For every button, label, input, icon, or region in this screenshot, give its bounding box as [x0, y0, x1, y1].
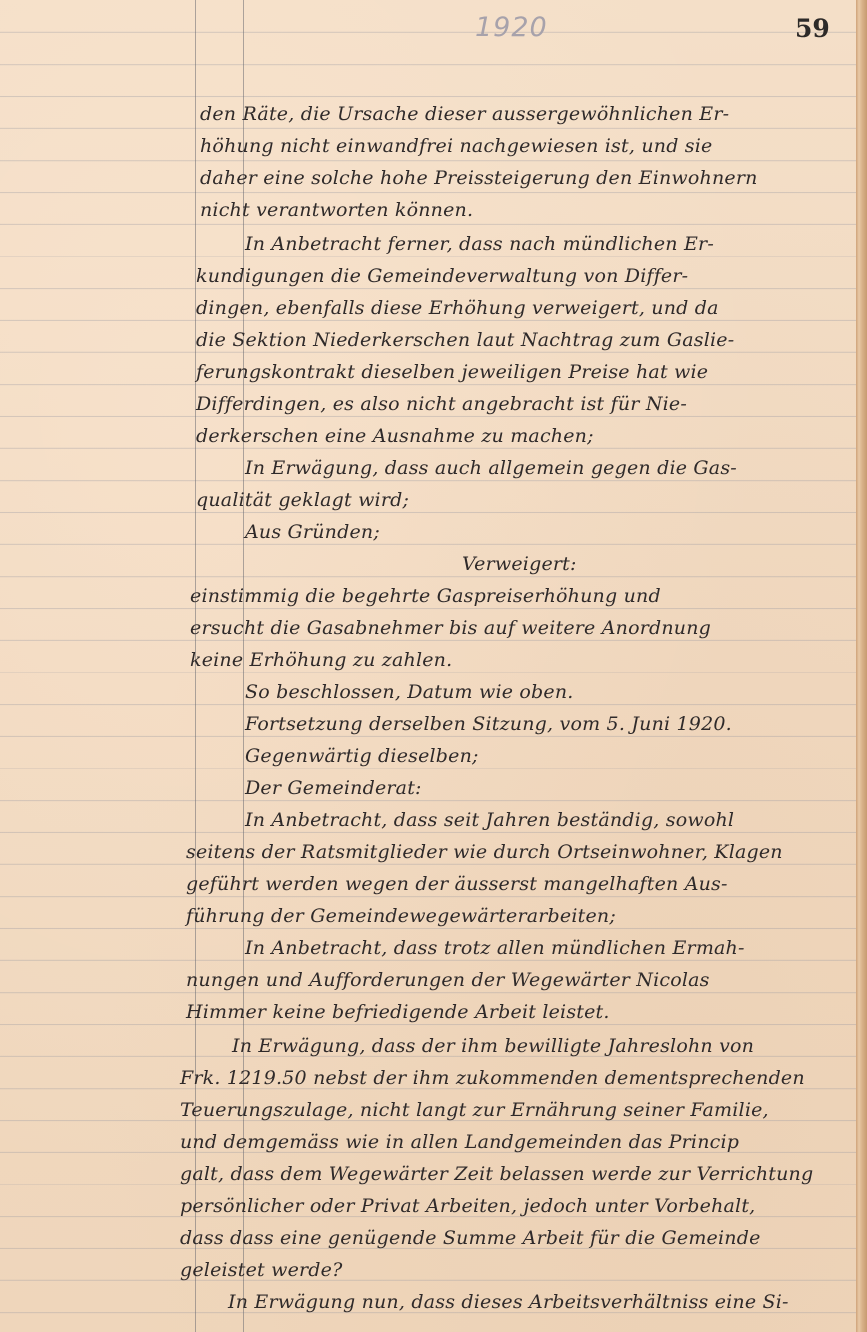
text-line: persönlicher oder Privat Arbeiten, jedoc… [180, 1194, 755, 1218]
text-line: derkerschen eine Ausnahme zu machen; [196, 424, 594, 448]
text-line: kundigungen die Gemeindeverwaltung von D… [196, 264, 688, 288]
text-line: In Erwägung, dass auch allgemein gegen d… [245, 456, 737, 480]
text-line: Differdingen, es also nicht angebracht i… [196, 392, 687, 416]
text-line: einstimmig die begehrte Gaspreiserhöhung… [190, 584, 661, 608]
text-line: höhung nicht einwandfrei nachgewiesen is… [200, 134, 712, 158]
text-line: ersucht die Gasabnehmer bis auf weitere … [190, 616, 711, 640]
text-line: Gegenwärtig dieselben; [245, 744, 479, 768]
text-line: seitens der Ratsmitglieder wie durch Ort… [186, 840, 783, 864]
text-line: Himmer keine befriedigende Arbeit leiste… [186, 1000, 610, 1024]
year-annotation: 1920 [475, 12, 548, 43]
text-line: dass dass eine genügende Summe Arbeit fü… [180, 1226, 761, 1250]
text-line: keine Erhöhung zu zahlen. [190, 648, 452, 672]
text-line: dingen, ebenfalls diese Erhöhung verweig… [196, 296, 719, 320]
text-line: nungen und Aufforderungen der Wegewärter… [186, 968, 710, 992]
text-line: ferungskontrakt dieselben jeweiligen Pre… [196, 360, 708, 384]
text-line: geleistet werde? [180, 1258, 343, 1282]
text-line: Der Gemeinderat: [245, 776, 422, 800]
text-line: In Anbetracht, dass seit Jahren beständi… [245, 808, 734, 832]
text-line: Fortsetzung derselben Sitzung, vom 5. Ju… [245, 712, 732, 736]
text-line: Verweigert: [462, 552, 577, 576]
text-line: In Erwägung nun, dass dieses Arbeitsverh… [228, 1290, 789, 1314]
text-line: Aus Gründen; [245, 520, 380, 544]
text-line: So beschlossen, Datum wie oben. [245, 680, 574, 704]
text-line: In Anbetracht, dass trotz allen mündlich… [245, 936, 745, 960]
text-line: und demgemäss wie in allen Landgemeinden… [180, 1130, 739, 1154]
text-line: In Anbetracht ferner, dass nach mündlich… [245, 232, 714, 256]
text-line: die Sektion Niederkerschen laut Nachtrag… [196, 328, 734, 352]
text-line: den Räte, die Ursache dieser aussergewöh… [200, 102, 729, 126]
text-line: Frk. 1219.50 nebst der ihm zukommenden d… [180, 1066, 805, 1090]
text-line: In Erwägung, dass der ihm bewilligte Jah… [232, 1034, 754, 1058]
text-line: führung der Gemeindewegewärterarbeiten; [186, 904, 616, 928]
text-line: nicht verantworten können. [200, 198, 473, 222]
ledger-page: 1920 59 den Räte, die Ursache dieser aus… [0, 0, 867, 1332]
page-number: 59 [795, 14, 830, 43]
text-line: qualität geklagt wird; [196, 488, 409, 512]
page-edge [856, 0, 867, 1332]
text-line: daher eine solche hohe Preissteigerung d… [200, 166, 758, 190]
text-line: Teuerungszulage, nicht langt zur Ernähru… [180, 1098, 769, 1122]
text-line: galt, dass dem Wegewärter Zeit belassen … [180, 1162, 813, 1186]
text-line: geführt werden wegen der äusserst mangel… [186, 872, 728, 896]
